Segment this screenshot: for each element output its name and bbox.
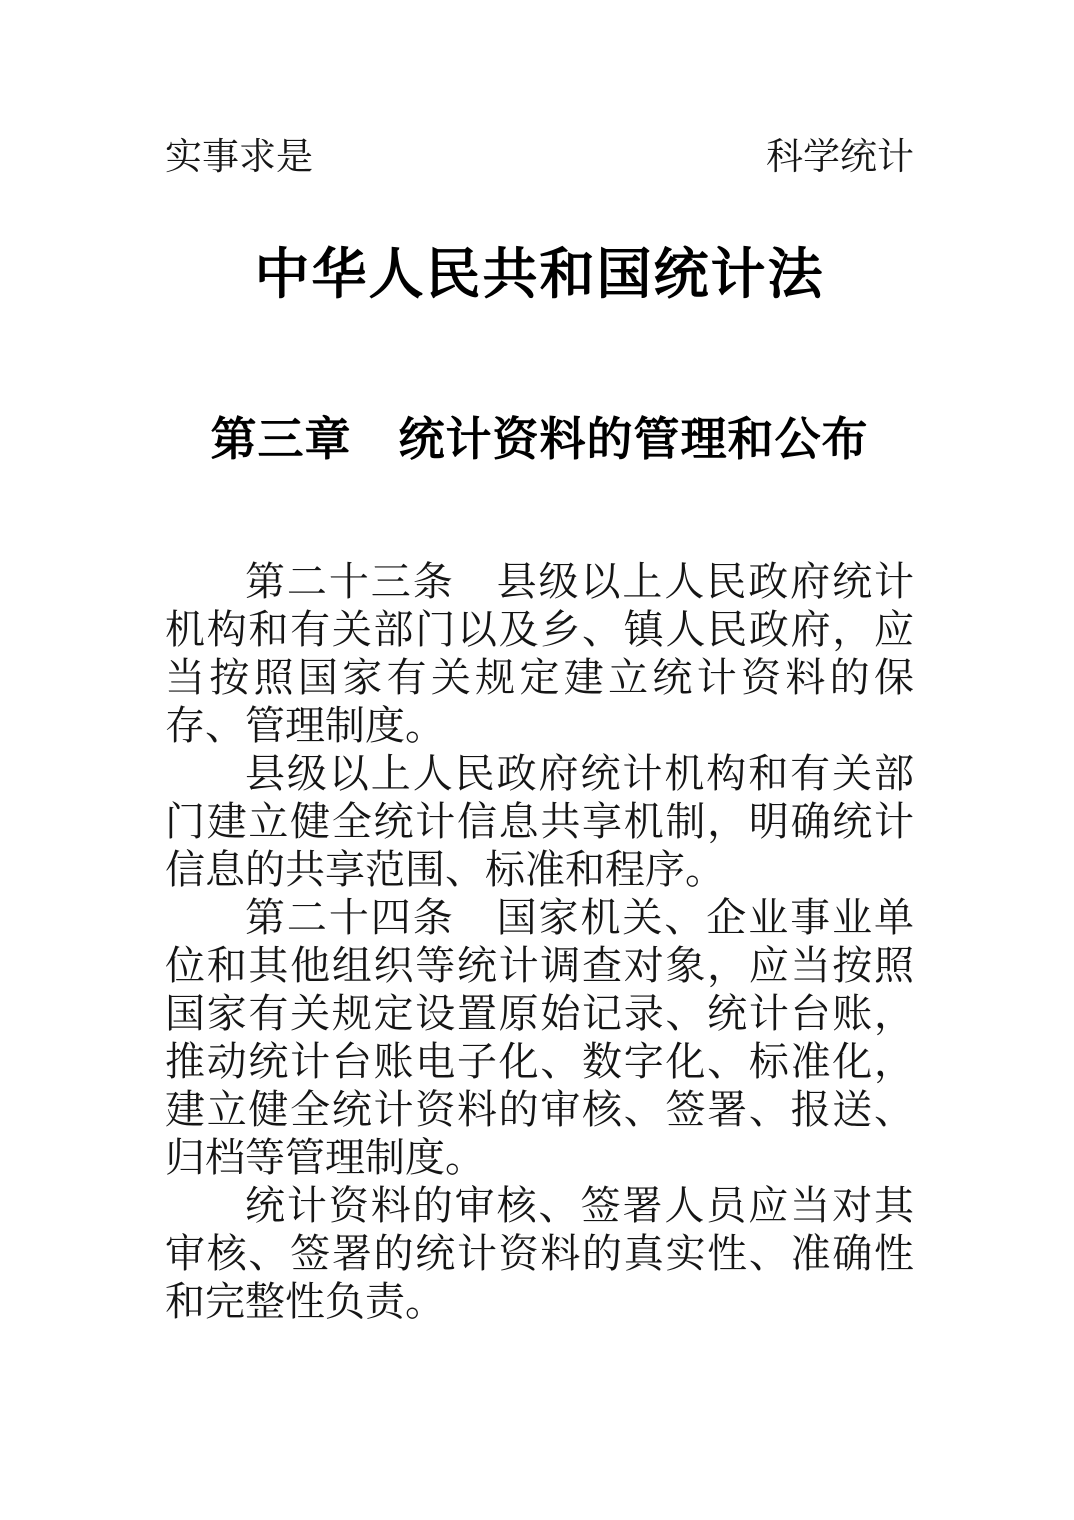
header-motto-left: 实事求是	[165, 136, 313, 180]
header-motto-right: 科学统计	[766, 136, 914, 180]
page-header: 实事求是 科学统计	[165, 136, 914, 180]
paragraph-article-23: 第二十三条 县级以上人民政府统计机构和有关部门以及乡、镇人民政府，应当按照国家有…	[165, 558, 914, 750]
paragraph-article-23-clause-2: 县级以上人民政府统计机构和有关部门建立健全统计信息共享机制，明确统计信息的共享范…	[165, 750, 914, 894]
paragraph-article-24: 第二十四条 国家机关、企业事业单位和其他组织等统计调查对象，应当按照国家有关规定…	[165, 894, 914, 1182]
document-page: 实事求是 科学统计 中华人民共和国统计法 第三章 统计资料的管理和公布 第二十三…	[0, 0, 1074, 1520]
document-body: 第二十三条 县级以上人民政府统计机构和有关部门以及乡、镇人民政府，应当按照国家有…	[165, 558, 914, 1326]
document-title: 中华人民共和国统计法	[165, 243, 914, 306]
paragraph-article-24-clause-2: 统计资料的审核、签署人员应当对其审核、签署的统计资料的真实性、准确性和完整性负责…	[165, 1182, 914, 1326]
chapter-heading: 第三章 统计资料的管理和公布	[165, 414, 914, 466]
